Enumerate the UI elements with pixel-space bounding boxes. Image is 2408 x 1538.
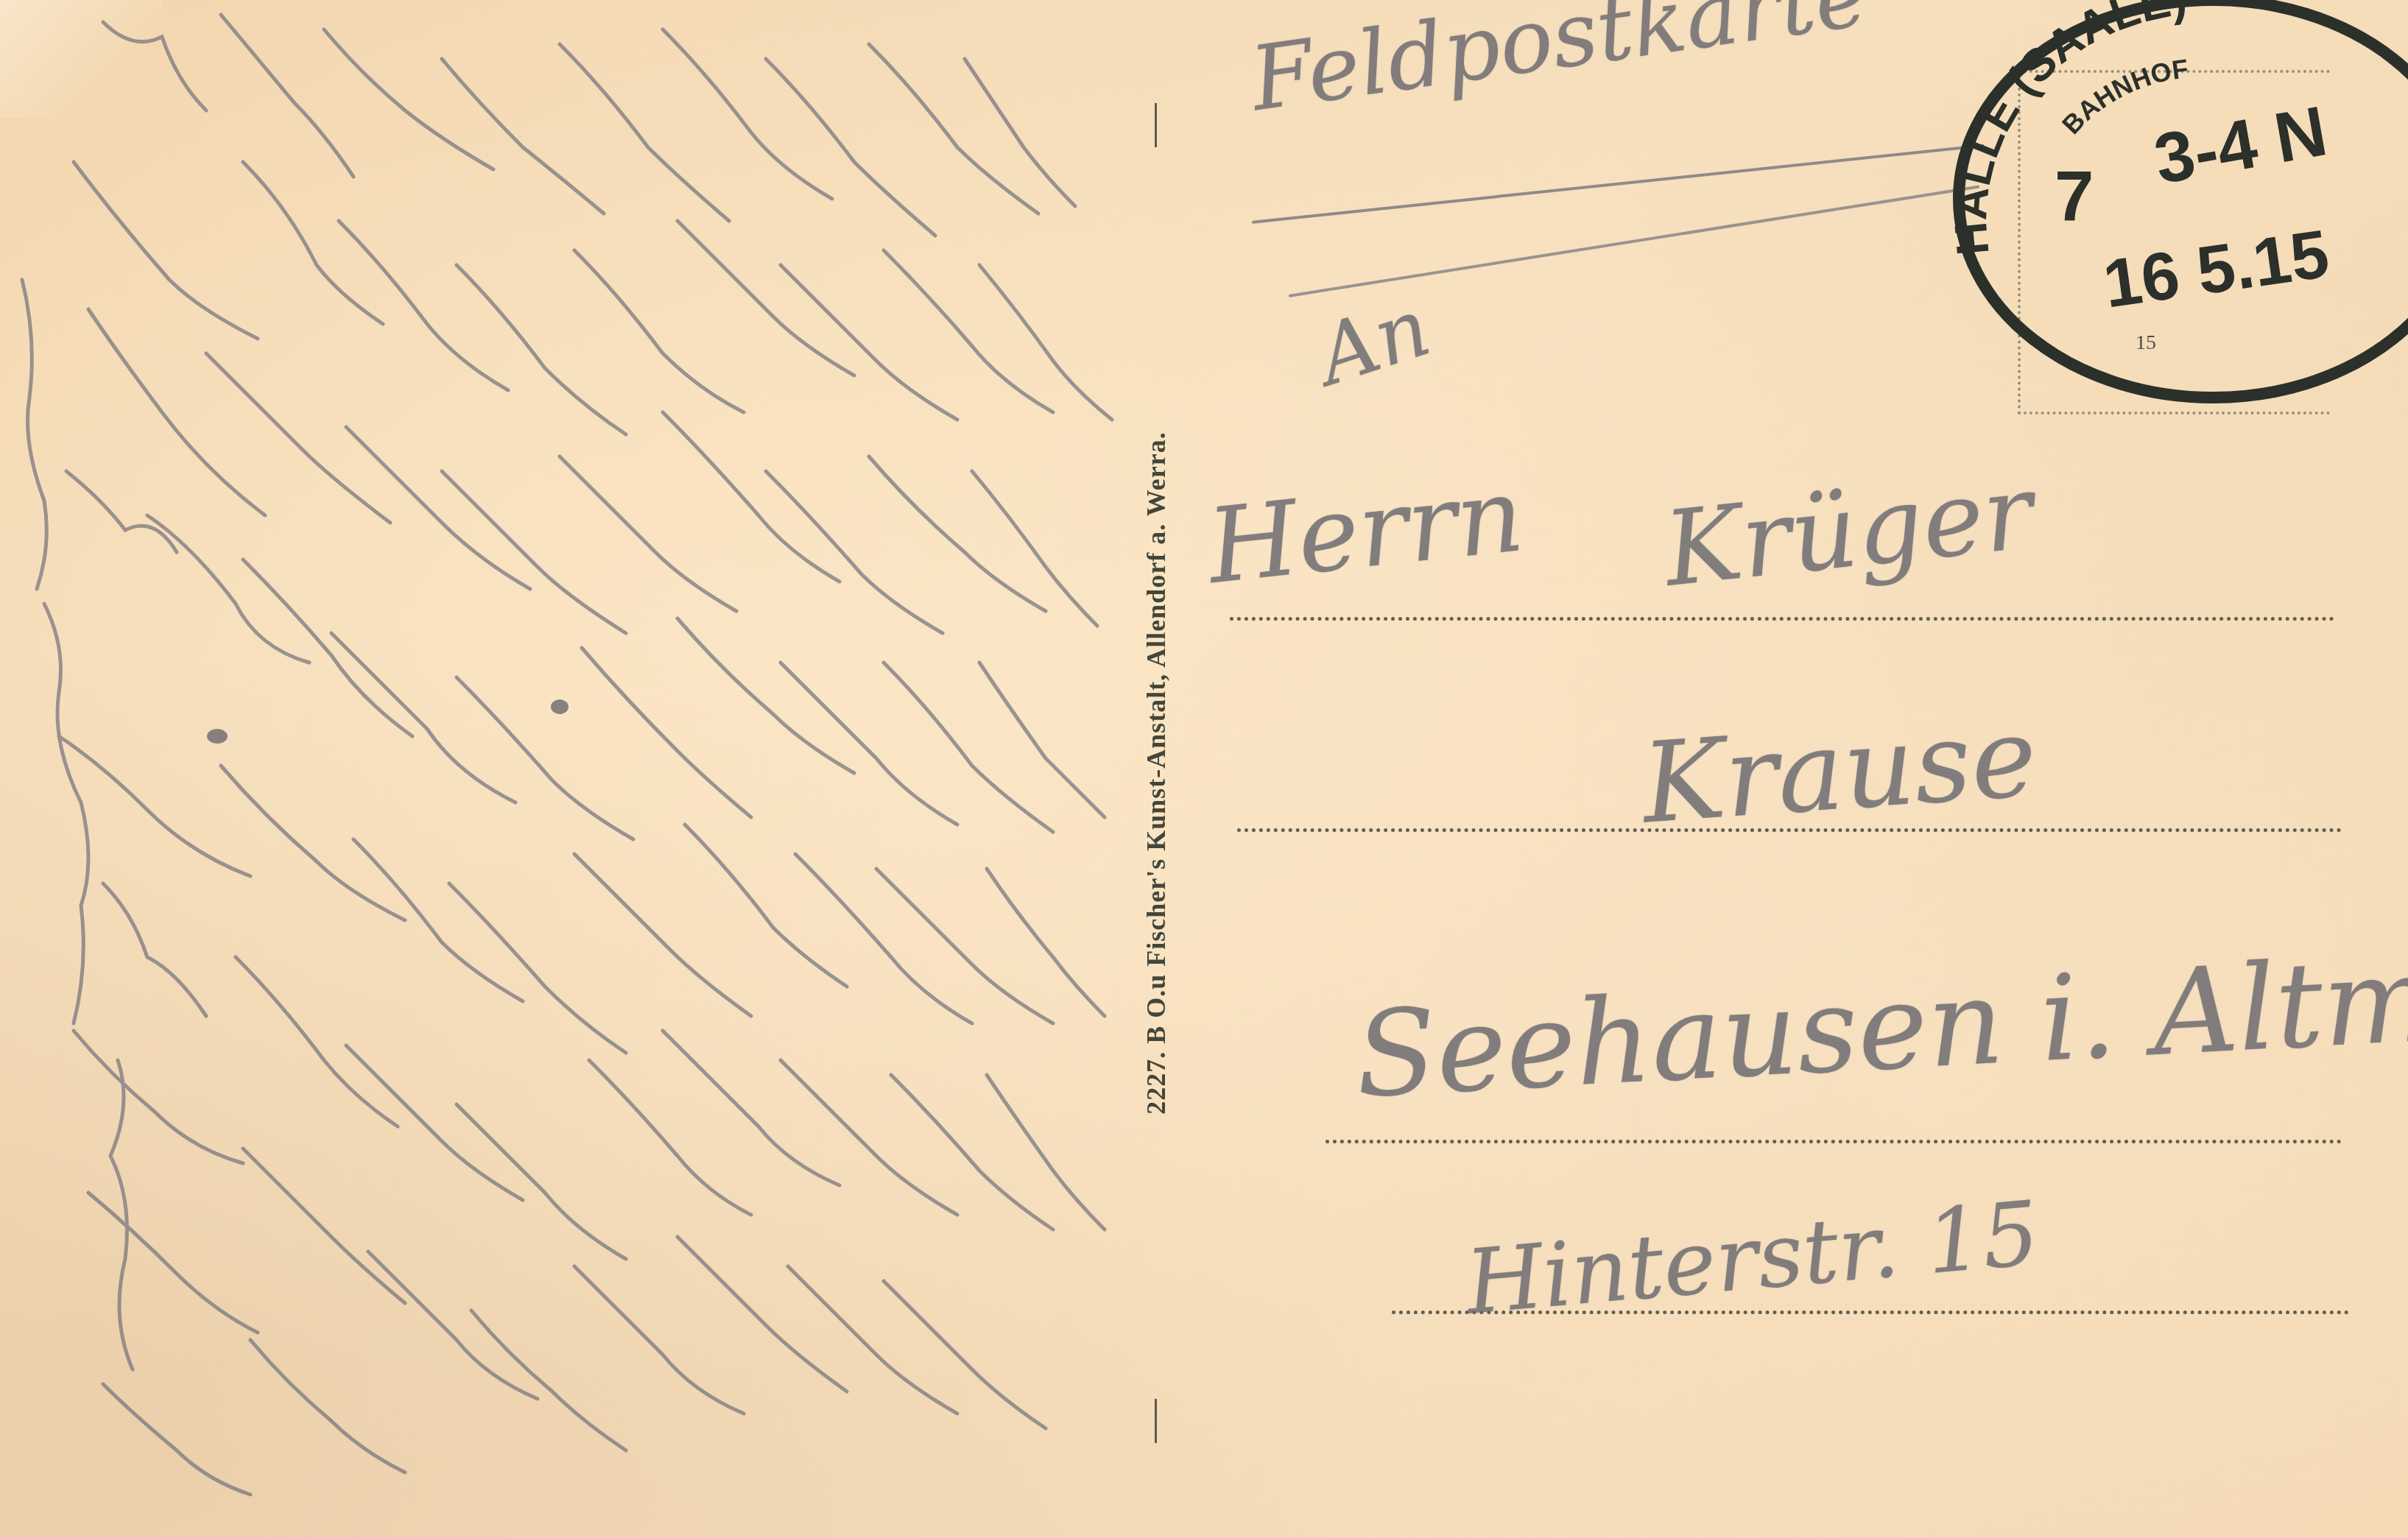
- postmark: HALLE (SAALE) BAHNHOF 7 3-4 N 16 5.15: [1904, 0, 2408, 412]
- address-line-3: [1326, 1140, 2342, 1143]
- handwritten-to: An: [1306, 280, 1440, 403]
- postmark-circle-icon: HALLE (SAALE) BAHNHOF 7 3-4 N 16 5.15: [1904, 0, 2408, 412]
- address-line-1: [1230, 617, 2334, 621]
- address-rank: Krüger: [1659, 452, 2038, 610]
- handwritten-card-title: Feldpostkarte: [1245, 0, 1873, 131]
- address-name: Krause: [1638, 694, 2041, 849]
- svg-text:3-4 N: 3-4 N: [2149, 91, 2333, 199]
- message-handwriting: [0, 0, 1149, 1538]
- handwriting-strokes: [0, 0, 1149, 1538]
- underline-stroke: [1252, 144, 1985, 224]
- svg-text:16 5.15: 16 5.15: [2099, 216, 2333, 322]
- svg-text:7: 7: [2055, 158, 2094, 236]
- divider-bottom-segment: [1155, 1399, 1157, 1443]
- underline-stroke: [1289, 185, 1980, 297]
- address-city: Seehausen i. Altm.: [1352, 928, 2408, 1123]
- publisher-imprint: 2227. B O.u Fischer's Kunst-Anstalt, All…: [1134, 221, 1178, 1325]
- address-salutation: Herrn: [1203, 455, 1529, 607]
- postcard: 2227. B O.u Fischer's Kunst-Anstalt, All…: [0, 0, 2408, 1538]
- divider-top-segment: [1155, 103, 1157, 147]
